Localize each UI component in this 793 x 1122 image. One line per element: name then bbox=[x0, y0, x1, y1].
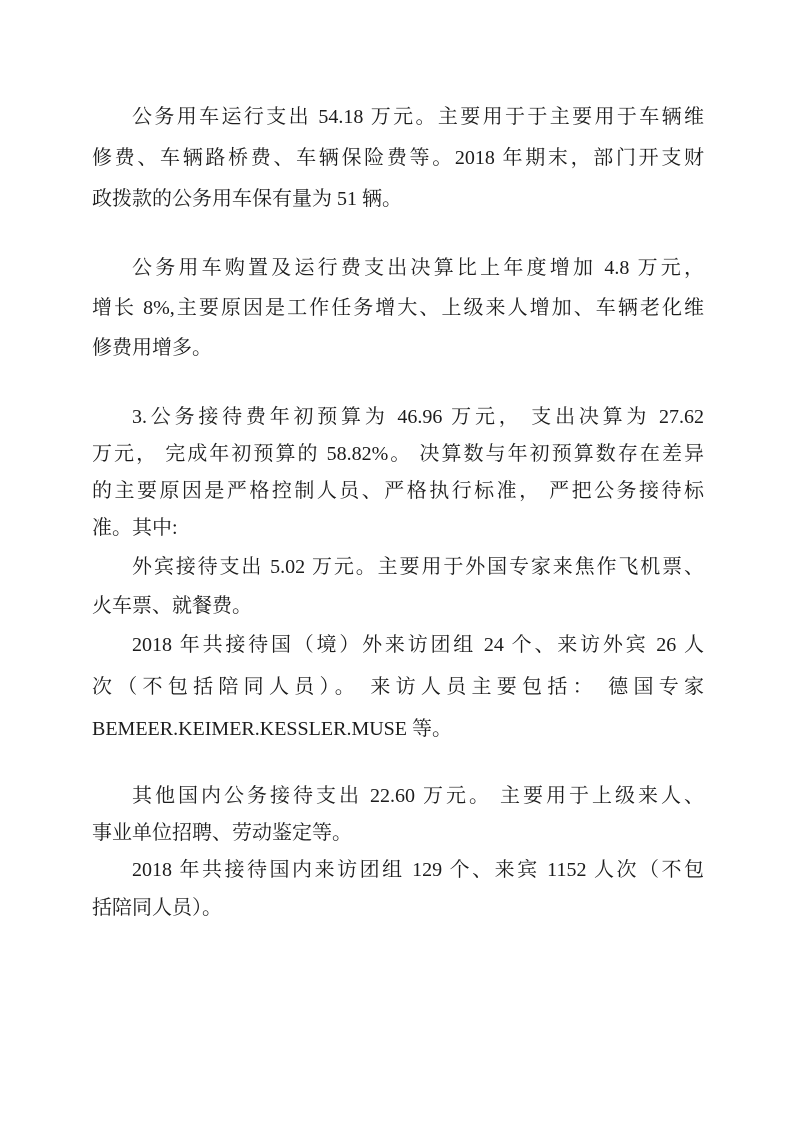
text-line: 2018 年共接待国（境）外来访团组 24 个、来访外宾 26 人 bbox=[92, 624, 704, 666]
text-line: 增长 8%,主要原因是工作任务增大、上级来人增加、车辆老化维 bbox=[92, 288, 704, 328]
paragraph-domestic-reception-expense: 其他国内公务接待支出 22.60 万元。 主要用于上级来人、 事业单位招聘、劳动… bbox=[92, 778, 704, 852]
text-line: 其他国内公务接待支出 22.60 万元。 主要用于上级来人、 bbox=[92, 778, 704, 815]
text-line: BEMEER.KEIMER.KESSLER.MUSE 等。 bbox=[92, 708, 704, 750]
text-line: 次（不包括陪同人员）。 来访人员主要包括： 德国专家 bbox=[92, 666, 704, 708]
paragraph-official-reception-budget: 3.公务接待费年初预算为 46.96 万元， 支出决算为 27.62 万元， 完… bbox=[92, 399, 704, 547]
text-line: 公务用车运行支出 54.18 万元。主要用于于主要用于车辆维 bbox=[92, 97, 704, 138]
paragraph-official-vehicle-operating-expense: 公务用车运行支出 54.18 万元。主要用于于主要用于车辆维 修费、车辆路桥费、… bbox=[92, 97, 704, 220]
text-line: 事业单位招聘、劳动鉴定等。 bbox=[92, 815, 704, 852]
text-line: 外宾接待支出 5.02 万元。主要用于外国专家来焦作飞机票、 bbox=[92, 548, 704, 587]
text-line: 修费、车辆路桥费、车辆保险费等。2018 年期末，部门开支财 bbox=[92, 138, 704, 179]
text-line: 2018 年共接待国内来访团组 129 个、来宾 1152 人次（不包 bbox=[92, 851, 704, 889]
text-line: 万元， 完成年初预算的 58.82%。 决算数与年初预算数存在差异 bbox=[92, 436, 704, 473]
paragraph-vehicle-purchase-operating-increase: 公务用车购置及运行费支出决算比上年度增加 4.8 万元， 增长 8%,主要原因是… bbox=[92, 248, 704, 368]
document-page: 公务用车运行支出 54.18 万元。主要用于于主要用于车辆维 修费、车辆路桥费、… bbox=[0, 0, 793, 1122]
text-line: 准。其中: bbox=[92, 510, 704, 547]
text-line: 修费用增多。 bbox=[92, 328, 704, 368]
paragraph-foreign-delegations-2018: 2018 年共接待国（境）外来访团组 24 个、来访外宾 26 人 次（不包括陪… bbox=[92, 624, 704, 750]
text-line: 3.公务接待费年初预算为 46.96 万元， 支出决算为 27.62 bbox=[92, 399, 704, 436]
text-line: 火车票、就餐费。 bbox=[92, 587, 704, 626]
text-line: 的主要原因是严格控制人员、严格执行标准， 严把公务接待标 bbox=[92, 473, 704, 510]
text-line: 括陪同人员）。 bbox=[92, 889, 704, 927]
text-line: 政拨款的公务用车保有量为 51 辆。 bbox=[92, 179, 704, 220]
text-line: 公务用车购置及运行费支出决算比上年度增加 4.8 万元， bbox=[92, 248, 704, 288]
paragraph-foreign-guest-reception-expense: 外宾接待支出 5.02 万元。主要用于外国专家来焦作飞机票、 火车票、就餐费。 bbox=[92, 548, 704, 626]
paragraph-domestic-delegations-2018: 2018 年共接待国内来访团组 129 个、来宾 1152 人次（不包 括陪同人… bbox=[92, 851, 704, 927]
